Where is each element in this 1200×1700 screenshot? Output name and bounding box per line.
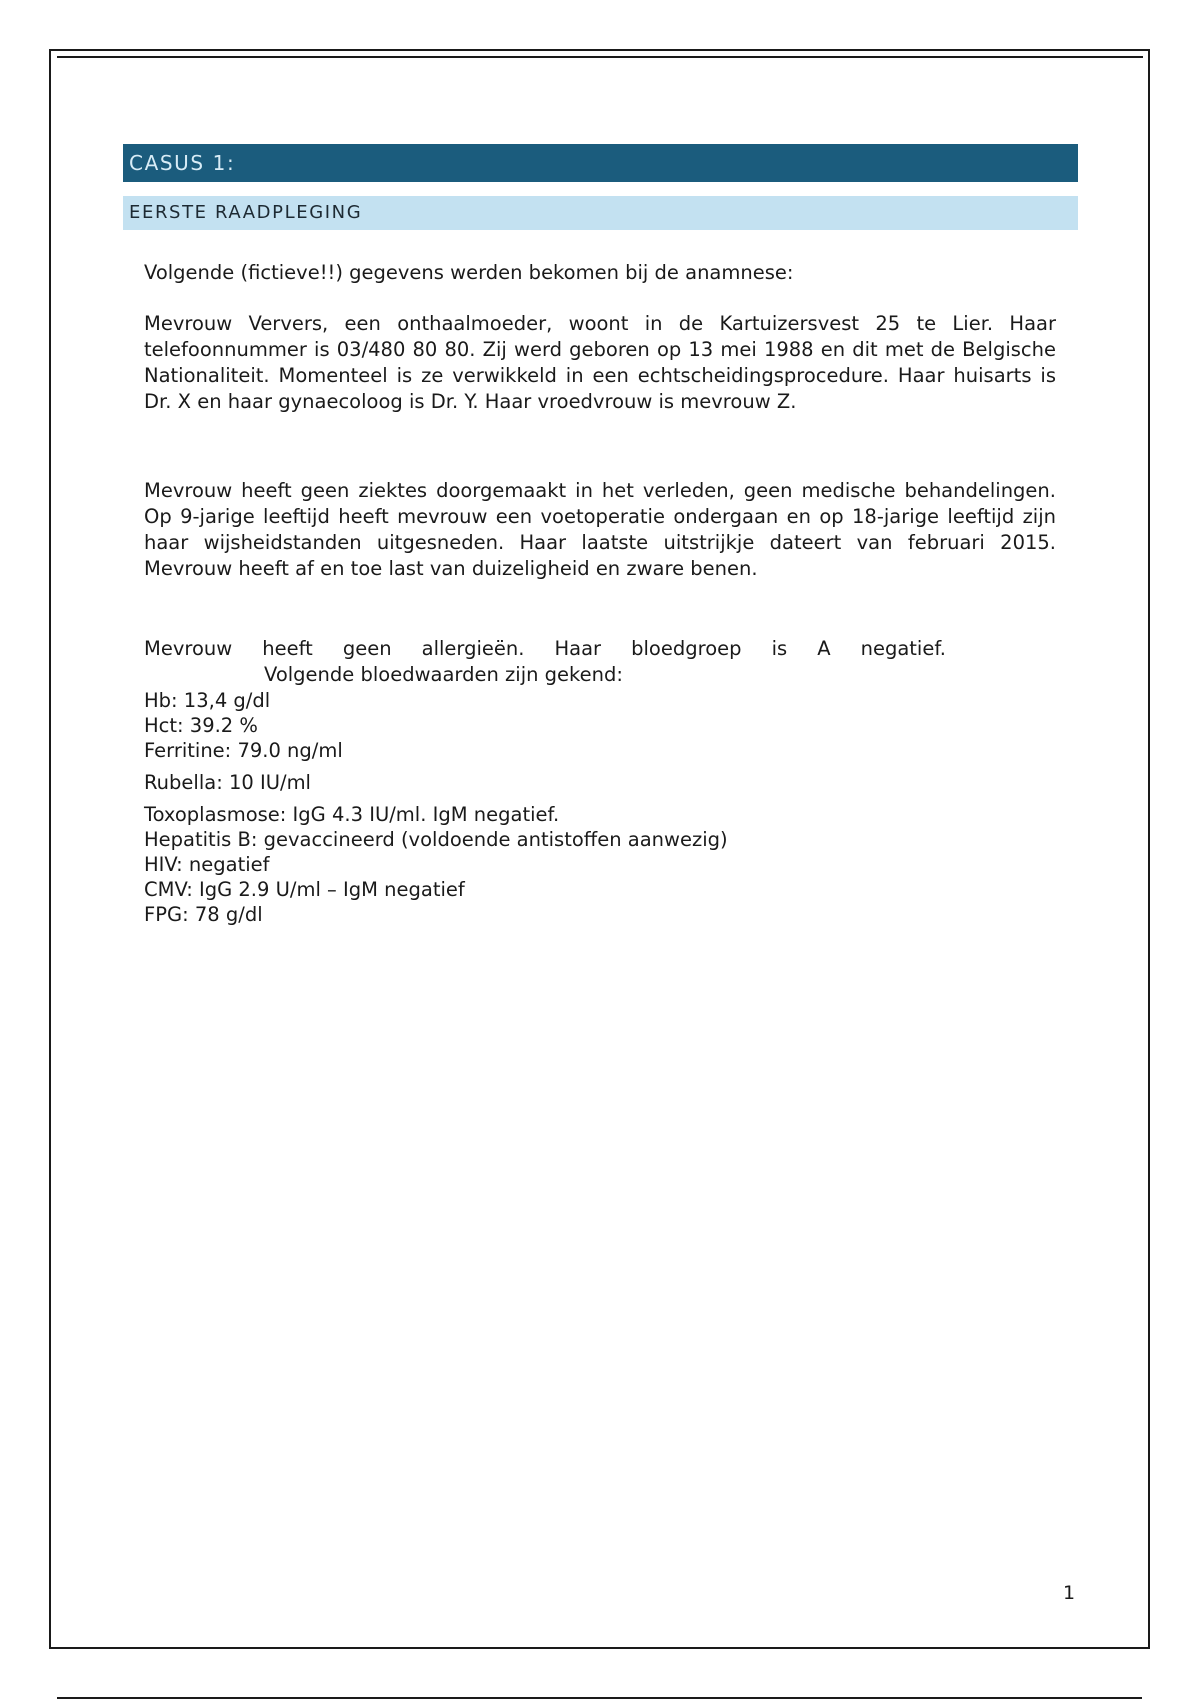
lab-value-fpg: FPG: 78 g/dl (144, 902, 728, 927)
paragraph-personal-info: Mevrouw Ververs, een onthaalmoeder, woon… (144, 311, 1056, 415)
allergy-line: Mevrouw heeft geen allergieën. Haar bloe… (144, 636, 946, 662)
page-number: 1 (1063, 1582, 1075, 1604)
header-rule (57, 56, 1143, 58)
lab-value-hct: Hct: 39.2 % (144, 713, 728, 738)
lab-values-list: Hb: 13,4 g/dl Hct: 39.2 % Ferritine: 79.… (144, 688, 728, 927)
lab-value-ferritine: Ferritine: 79.0 ng/ml (144, 738, 728, 763)
lab-value-hepatitis-b: Hepatitis B: gevaccineerd (voldoende ant… (144, 827, 728, 852)
lab-value-hiv: HIV: negatief (144, 852, 728, 877)
blood-values-intro: Volgende bloedwaarden zijn gekend: (144, 662, 1056, 688)
lab-value-toxoplasmose: Toxoplasmose: IgG 4.3 IU/ml. IgM negatie… (144, 802, 728, 827)
lab-value-rubella: Rubella: 10 IU/ml (144, 770, 728, 795)
paragraph-allergies: Mevrouw heeft geen allergieën. Haar bloe… (144, 636, 1056, 688)
lab-value-hb: Hb: 13,4 g/dl (144, 688, 728, 713)
paragraph-medical-history: Mevrouw heeft geen ziektes doorgemaakt i… (144, 478, 1056, 582)
subsection-heading: EERSTE RAADPLEGING (123, 196, 1078, 230)
lab-value-cmv: CMV: IgG 2.9 U/ml – IgM negatief (144, 877, 728, 902)
section-heading: CASUS 1: (123, 144, 1078, 182)
next-page-header-rule (57, 1697, 1142, 1699)
intro-text: Volgende (fictieve!!) gegevens werden be… (144, 260, 1056, 286)
